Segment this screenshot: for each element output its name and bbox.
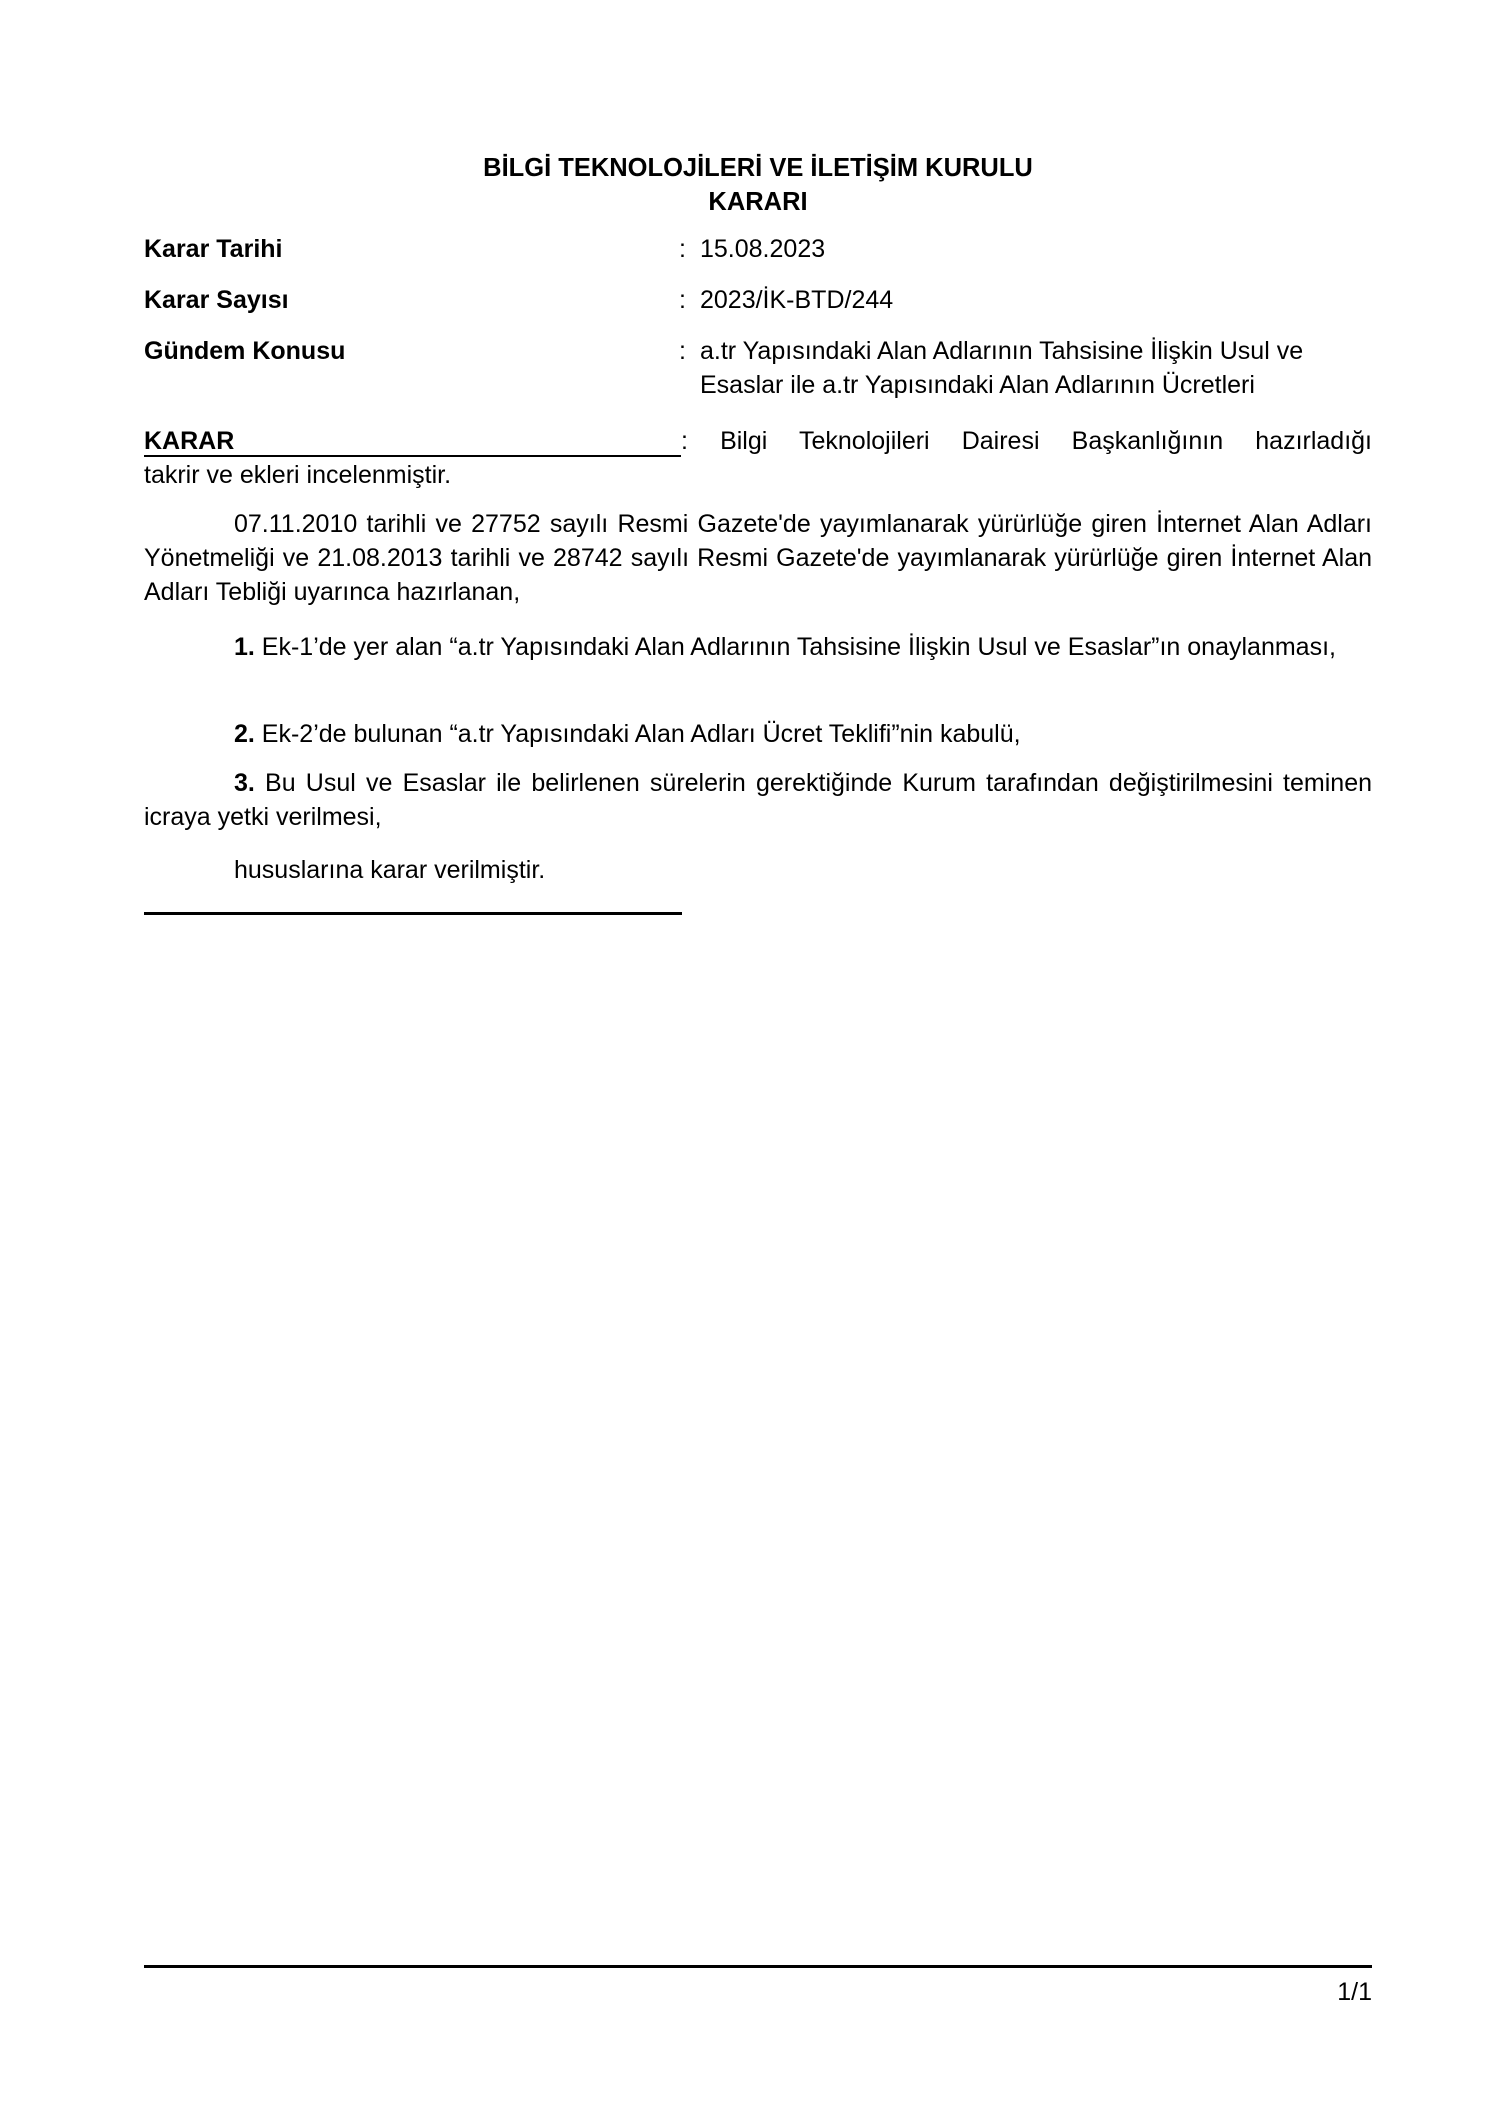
title-line-2: KARARI	[144, 185, 1372, 219]
meta-value: 2023/İK-BTD/244	[700, 283, 1372, 317]
list-item-1: 1. Ek-1’de yer alan “a.tr Yapısındaki Al…	[144, 630, 1372, 664]
karar-first-line: : Bilgi Teknolojileri Dairesi Başkanlığı…	[681, 424, 1372, 458]
footer-divider	[144, 1965, 1372, 1968]
document-title: BİLGİ TEKNOLOJİLERİ VE İLETİŞİM KURULU K…	[144, 151, 1372, 219]
item-number: 2.	[234, 720, 255, 748]
page-number: 1/1	[1272, 1975, 1372, 2009]
closing-paragraph: hususlarına karar verilmiştir.	[144, 853, 1372, 887]
list-item-3: 3. Bu Usul ve Esaslar ile belirlenen sür…	[144, 766, 1372, 834]
meta-colon: :	[679, 283, 686, 317]
meta-colon: :	[679, 232, 686, 266]
meta-label: Karar Sayısı	[144, 283, 289, 317]
item-number: 3.	[234, 769, 255, 797]
item-text: Ek-2’de bulunan “a.tr Yapısındaki Alan A…	[255, 720, 1021, 748]
karar-section: KARAR : Bilgi Teknolojileri Dairesi Başk…	[144, 424, 1372, 492]
meta-colon: :	[679, 334, 686, 368]
item-text: Ek-1’de yer alan “a.tr Yapısındaki Alan …	[255, 633, 1336, 661]
meta-label: Gündem Konusu	[144, 334, 345, 368]
signature-divider	[144, 912, 682, 915]
item-text: Bu Usul ve Esaslar ile belirlenen sürele…	[144, 769, 1372, 831]
meta-value: a.tr Yapısındaki Alan Adlarının Tahsisin…	[700, 334, 1372, 402]
list-item-2: 2. Ek-2’de bulunan “a.tr Yapısındaki Ala…	[144, 717, 1372, 751]
title-line-1: BİLGİ TEKNOLOJİLERİ VE İLETİŞİM KURULU	[144, 151, 1372, 185]
intro-paragraph: 07.11.2010 tarihli ve 27752 sayılı Resmi…	[144, 507, 1372, 609]
meta-label: Karar Tarihi	[144, 232, 282, 266]
karar-continuation: takrir ve ekleri incelenmiştir.	[144, 458, 1372, 492]
item-number: 1.	[234, 633, 255, 661]
karar-label: KARAR	[144, 424, 681, 457]
meta-value: 15.08.2023	[700, 232, 1372, 266]
